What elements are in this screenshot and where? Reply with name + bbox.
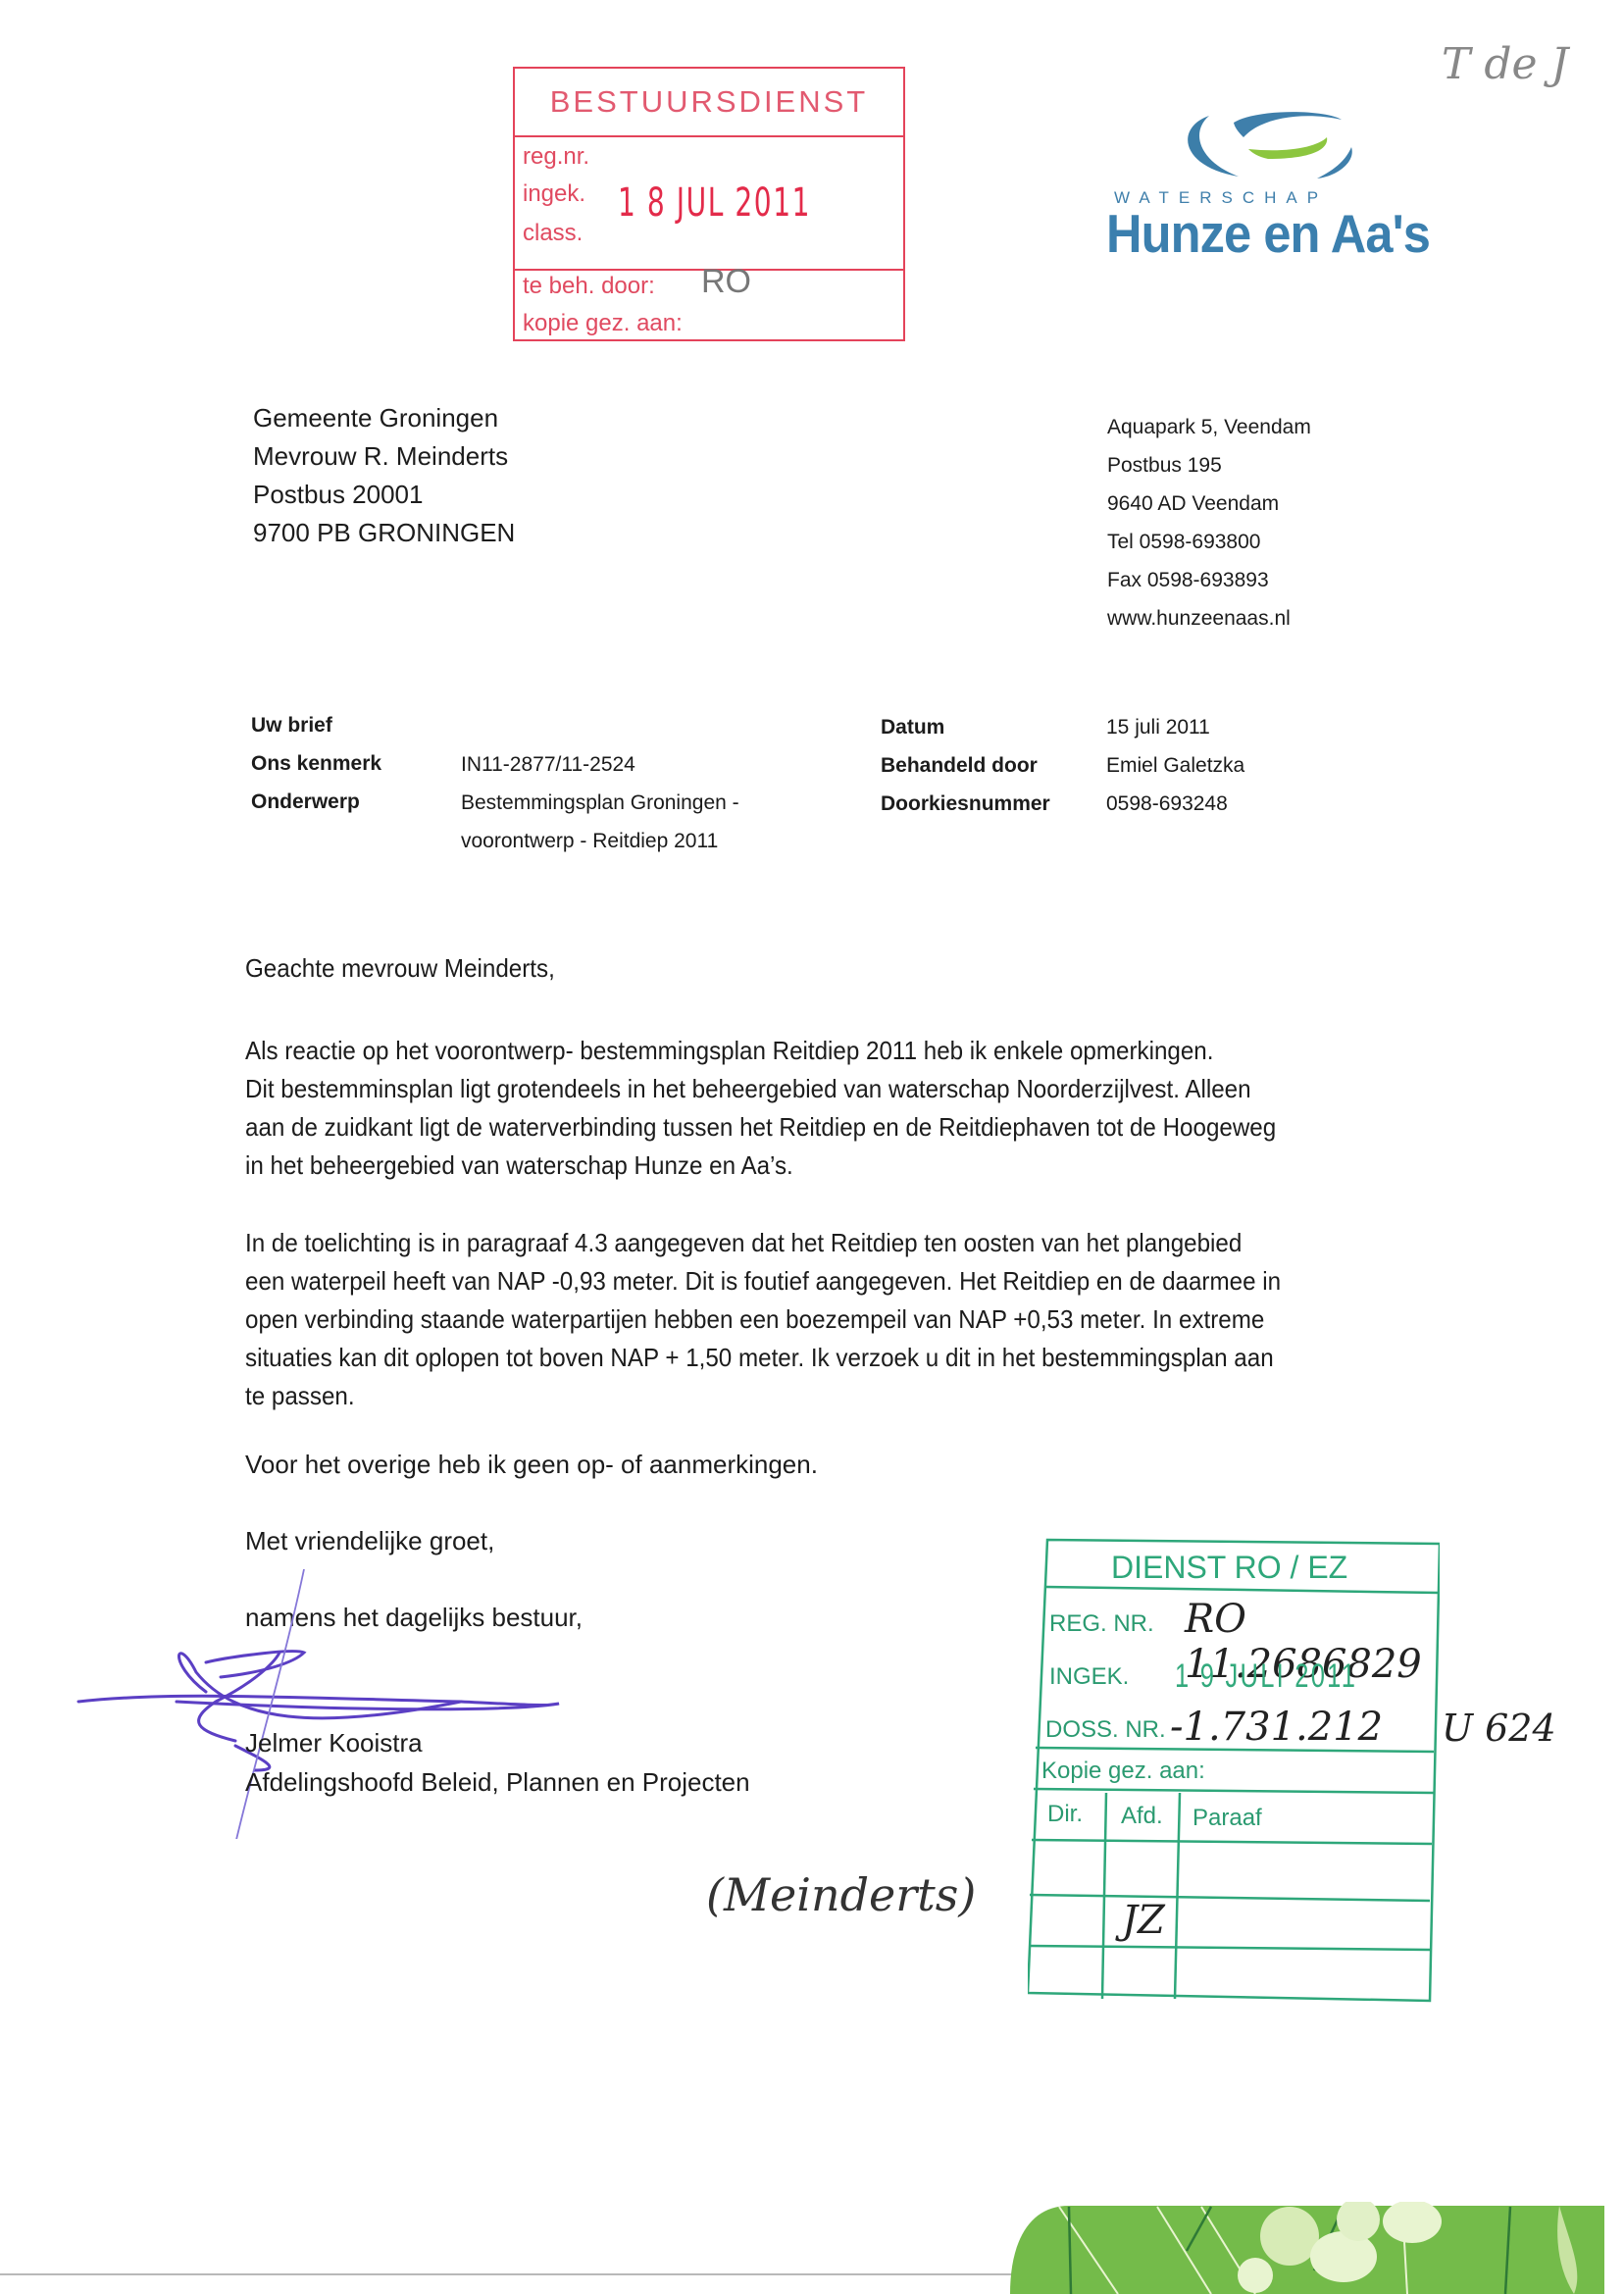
signature-icon [69, 1564, 579, 1839]
reference-labels-left: Uw brief Ons kenmerk Onderwerp [251, 706, 381, 821]
reference-labels-right: Datum Behandeld door Doorkiesnummer [881, 708, 1050, 823]
te-beh-door-handwritten: RO [701, 263, 751, 301]
paragraph-2: In de toelichting is in paragraaf 4.3 aa… [245, 1224, 1395, 1415]
sender-line: Tel 0598-693800 [1107, 523, 1311, 561]
waterschap-logo: WATERSCHAP Hunze en Aa's [1106, 108, 1469, 265]
footer-plants-decoration-icon [1010, 2202, 1604, 2294]
paragraph-1: Als reactie op het voorontwerp- bestemmi… [245, 1032, 1395, 1185]
paragraph-line: open verbinding staande waterpartijen he… [245, 1300, 1395, 1339]
paragraph-line: In de toelichting is in paragraaf 4.3 aa… [245, 1224, 1395, 1262]
closing-greeting: Met vriendelijke groet, [245, 1526, 494, 1556]
behandeld-door-label: Behandeld door [881, 746, 1050, 785]
signer-name: Jelmer Kooistra [245, 1728, 423, 1759]
incoming-stamp-bestuursdienst: BESTUURSDIENST reg.nr. ingek. 1 8 JUL 20… [513, 67, 905, 341]
ingek-label: ingek. [523, 180, 585, 208]
reference-values-left: IN11-2877/11-2524 Bestemmingsplan Gronin… [461, 745, 739, 860]
sender-line: Aquapark 5, Veendam [1107, 408, 1311, 446]
ingek-label: INGEK. [1049, 1663, 1129, 1691]
behandeld-door-value: Emiel Galetzka [1106, 746, 1244, 785]
onderwerp-value: Bestemmingsplan Groningen - [461, 784, 739, 822]
paragraph-line: te passen. [245, 1377, 1395, 1415]
ons-kenmerk-label: Ons kenmerk [251, 744, 381, 783]
paragraph-line: Als reactie op het voorontwerp- bestemmi… [245, 1032, 1395, 1070]
handwritten-note: (Meinderts) [706, 1868, 976, 1921]
table-header-dir: Dir. [1047, 1801, 1083, 1828]
reg-nr-label: REG. NR. [1049, 1610, 1154, 1638]
te-beh-door-label: te beh. door: [523, 273, 655, 300]
signer-title: Afdelingshoofd Beleid, Plannen en Projec… [245, 1767, 750, 1798]
paragraph-line: situaties kan dit oplopen tot boven NAP … [245, 1339, 1395, 1377]
uw-brief-label: Uw brief [251, 706, 381, 744]
reference-values-right: 15 juli 2011 Emiel Galetzka 0598-693248 [1106, 708, 1244, 823]
stamp-title: BESTUURSDIENST [515, 84, 903, 120]
datum-value: 15 juli 2011 [1106, 708, 1244, 746]
table-header-paraaf: Paraaf [1193, 1805, 1262, 1832]
class-label: class. [523, 220, 583, 247]
kopie-label: kopie gez. aan: [523, 310, 683, 337]
recipient-line: Gemeente Groningen [253, 399, 515, 437]
recipient-line: Postbus 20001 [253, 476, 515, 514]
paragraph-line: aan de zuidkant ligt de waterverbinding … [245, 1108, 1395, 1147]
doss-nr-handwritten: -1.731.212 [1170, 1705, 1383, 1750]
sender-line: Postbus 195 [1107, 446, 1311, 484]
sender-line: Fax 0598-693893 [1107, 561, 1311, 599]
doss-nr-label: DOSS. NR. [1045, 1716, 1166, 1744]
paragraph-line: in het beheergebied van waterschap Hunze… [245, 1147, 1395, 1185]
swirl-logo-icon [1170, 108, 1425, 186]
onderwerp-value-line2: voorontwerp - Reitdiep 2011 [461, 822, 739, 860]
doss-extra-handwritten: U 624 [1442, 1707, 1556, 1750]
ons-kenmerk-value: IN11-2877/11-2524 [461, 745, 739, 784]
afd-handwritten-entry: JZ [1122, 1898, 1165, 1943]
stamp-divider [515, 135, 903, 137]
kopie-label: Kopie gez. aan: [1041, 1758, 1205, 1785]
logo-name: Hunze en Aa's [1106, 202, 1430, 265]
stamp-title: DIENST RO / EZ [1111, 1550, 1347, 1586]
paragraph-line: Dit bestemminsplan ligt grotendeels in h… [245, 1070, 1395, 1108]
doorkiesnummer-value: 0598-693248 [1106, 785, 1244, 823]
dienst-ro-ez-stamp: DIENST RO / EZ REG. NR. RO 11.2686829 IN… [1028, 1530, 1440, 2006]
handwritten-initials: T de J [1442, 39, 1568, 89]
recipient-line: 9700 PB GRONINGEN [253, 514, 515, 552]
datum-label: Datum [881, 708, 1050, 746]
sender-website: www.hunzeenaas.nl [1107, 599, 1311, 637]
ingek-date: 1 9 JULI 2011 [1175, 1657, 1357, 1696]
sender-line: 9640 AD Veendam [1107, 484, 1311, 523]
reg-nr-label: reg.nr. [523, 143, 589, 171]
footer-rule [0, 2273, 1020, 2275]
onderwerp-label: Onderwerp [251, 783, 381, 821]
sender-address: Aquapark 5, Veendam Postbus 195 9640 AD … [1107, 408, 1311, 637]
recipient-line: Mevrouw R. Meinderts [253, 437, 515, 476]
recipient-address: Gemeente Groningen Mevrouw R. Meinderts … [253, 399, 515, 552]
doorkiesnummer-label: Doorkiesnummer [881, 785, 1050, 823]
paragraph-line: een waterpeil heeft van NAP -0,93 meter.… [245, 1262, 1395, 1300]
paragraph-3: Voor het overige heb ik geen op- of aanm… [245, 1450, 818, 1480]
salutation: Geachte mevrouw Meinderts, [245, 949, 1395, 988]
table-header-afd: Afd. [1121, 1803, 1163, 1830]
ingek-date: 1 8 JUL 2011 [618, 180, 811, 226]
